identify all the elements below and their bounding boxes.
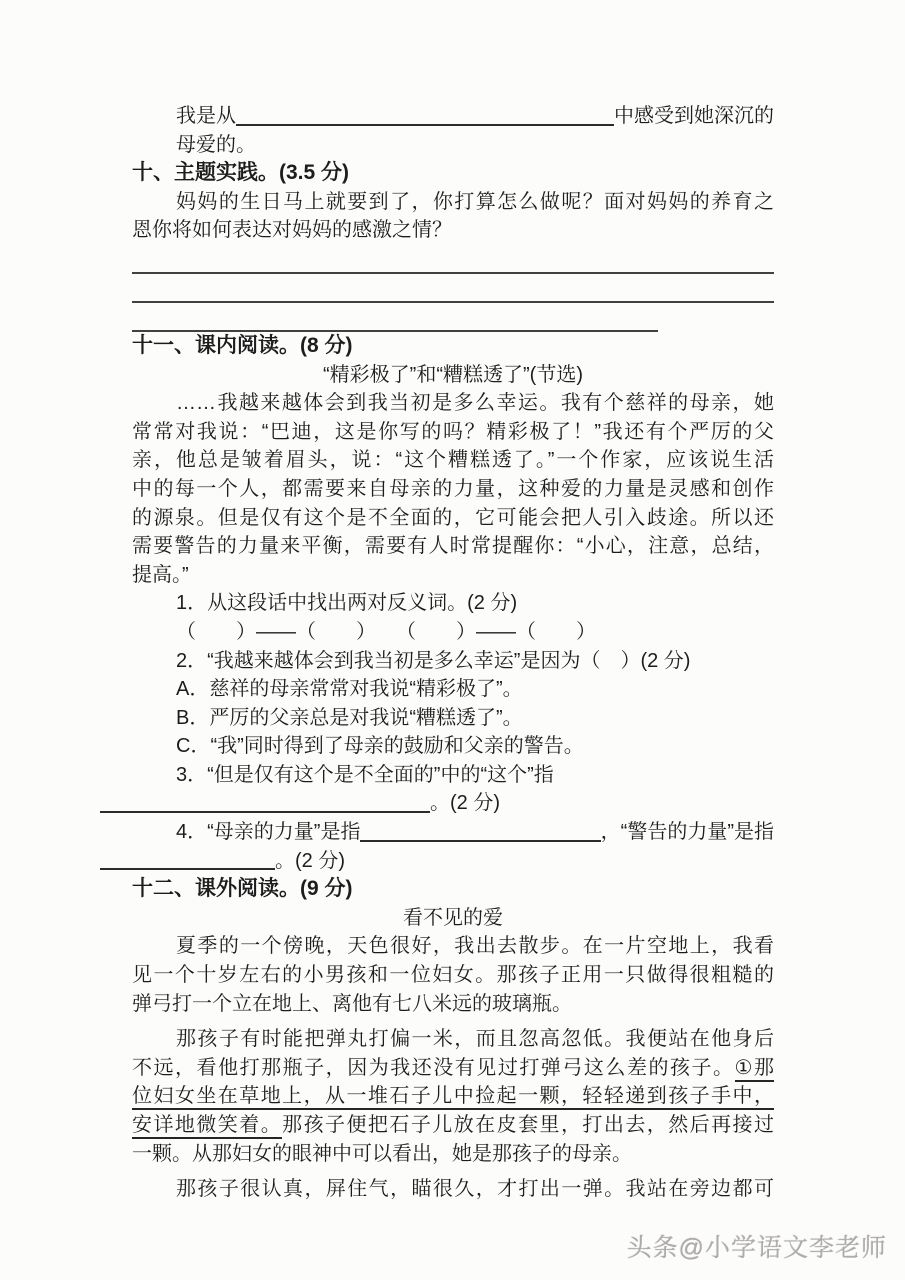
passage-2-line: 见一个十岁左右的小男孩和一位妇女。那孩子正用一只做得很粗糙的 [132,961,774,990]
question-3-answer-line: 。(2 分) [100,789,774,818]
question-2-option-c: C．“我”同时得到了母亲的鼓励和父亲的警告。 [132,732,774,761]
passage-2-line: 安详地微笑着。那孩子便把石子儿放在皮套里，打出去，然后再接过 [132,1111,774,1140]
passage-2-line: 那孩子有时能把弹丸打偏一米，而且忽高忽低。我便站在他身后 [132,1025,774,1054]
section-12-heading: 十二、课外阅读。(9 分) [132,875,774,904]
toutiao-watermark: 头条@小学语文李老师 [627,1228,887,1264]
section-11-heading: 十一、课内阅读。(8 分) [132,332,774,361]
fill-in-pre-text: 我是从 [176,102,236,131]
fill-in-sentence-line-2: 母爱的。 [132,131,774,160]
question-1-label: 1．从这段话中找出两对反义词。(2 分) [132,589,774,618]
answer-blank [360,839,600,842]
test-paper-page: 我是从 中感受到她深沉的 母爱的。 十、主题实践。(3.5 分) 妈妈的生日马上… [0,0,905,1280]
passage-1-line: 需要警告的力量来平衡，需要有人时常提醒你：“小心，注意，总结， [132,532,774,561]
question-1-answer-brackets: （ ）——（ ） （ ）——（ ） [132,618,774,647]
underlined-sentence-1: ①那 [735,1057,774,1082]
passage-2-line: 弹弓打一个立在地上、离他有七八米远的玻璃瓶。 [132,990,774,1019]
question-4-mid-text: ，“警告的力量”是指 [601,818,774,847]
passage-1-line: ……我越来越体会到我当初是多么幸运。我有个慈祥的母亲，她 [132,389,774,418]
passage-2-text: 那孩子便把石子儿放在皮套里，打出去，然后再接过 [282,1114,774,1136]
section-10-prompt-line-2: 恩你将如何表达对妈妈的感激之情？ [132,216,774,245]
passage-1-line: 亲，他总是皱着眉头，说：“这个糟糕透了。”一个作家，应该说生活 [132,446,774,475]
passage-2-line: 夏季的一个傍晚，天色很好，我出去散步。在一片空地上，我看 [132,932,774,961]
answer-rule-2 [132,274,774,303]
section-10-prompt-line-1: 妈妈的生日马上就要到了，你打算怎么做呢？面对妈妈的养育之 [132,188,774,217]
passage-2-line: 不远，看他打那瓶子，因为我还没有见过打弹弓这么差的孩子。①那 [132,1054,774,1083]
passage-1-title: “精彩极了”和“糟糕透了”(节选) [132,361,774,390]
question-4-points: 。(2 分) [275,847,345,876]
answer-rule-3 [132,303,658,332]
passage-1-line: 提高。” [132,561,774,590]
question-4-line-1: 4．“母亲的力量”是指 ，“警告的力量”是指 [132,818,774,847]
question-2-option-a: A．慈祥的母亲常常对我说“精彩极了”。 [132,675,774,704]
underlined-sentence-1: 安详地微笑着。 [132,1114,282,1139]
question-2-label: 2．“我越来越体会到我当初是多么幸运”是因为（ ）(2 分) [132,647,774,676]
question-4-answer-line: 。(2 分) [100,847,774,876]
passage-2-line: 位妇女坐在草地上，从一堆石子儿中捡起一颗，轻轻递到孩子手中， [132,1082,774,1111]
question-3-points: 。(2 分) [430,789,500,818]
underlined-sentence-1: 位妇女坐在草地上，从一堆石子儿中捡起一颗，轻轻递到孩子手中， [132,1085,774,1110]
passage-1-line: 的源泉。但是仅有这个是不全面的，它可能会把人引入歧途。所以还 [132,504,774,533]
passage-2-line: 那孩子很认真，屏住气，瞄很久，才打出一弹。我站在旁边都可 [132,1175,774,1204]
passage-2-text: 不远，看他打那瓶子，因为我还没有见过打弹弓这么差的孩子。 [132,1057,735,1079]
fill-in-sentence-line-1: 我是从 中感受到她深沉的 [132,102,774,131]
fill-in-post-text: 中感受到她深沉的 [614,102,774,131]
answer-blank [236,123,614,126]
answer-blank [100,810,430,813]
question-3-label: 3．“但是仅有这个是不全面的”中的“这个”指 [132,761,774,790]
answer-rule-1 [132,245,774,274]
passage-2-title: 看不见的爱 [132,904,774,933]
section-10-heading: 十、主题实践。(3.5 分) [132,159,774,188]
passage-2-line: 一颗。从那妇女的眼神中可以看出，她是那孩子的母亲。 [132,1140,774,1169]
question-2-option-b: B．严厉的父亲总是对我说“糟糕透了”。 [132,704,774,733]
question-4-pre-text: 4．“母亲的力量”是指 [176,818,360,847]
passage-1-line: 常常对我说：“巴迪，这是你写的吗？精彩极了！”我还有个严厉的父 [132,418,774,447]
passage-1-line: 中的每一个人，都需要来自母亲的力量，这种爱的力量是灵感和创作 [132,475,774,504]
answer-blank [100,867,275,870]
document-content: 我是从 中感受到她深沉的 母爱的。 十、主题实践。(3.5 分) 妈妈的生日马上… [132,102,774,1204]
